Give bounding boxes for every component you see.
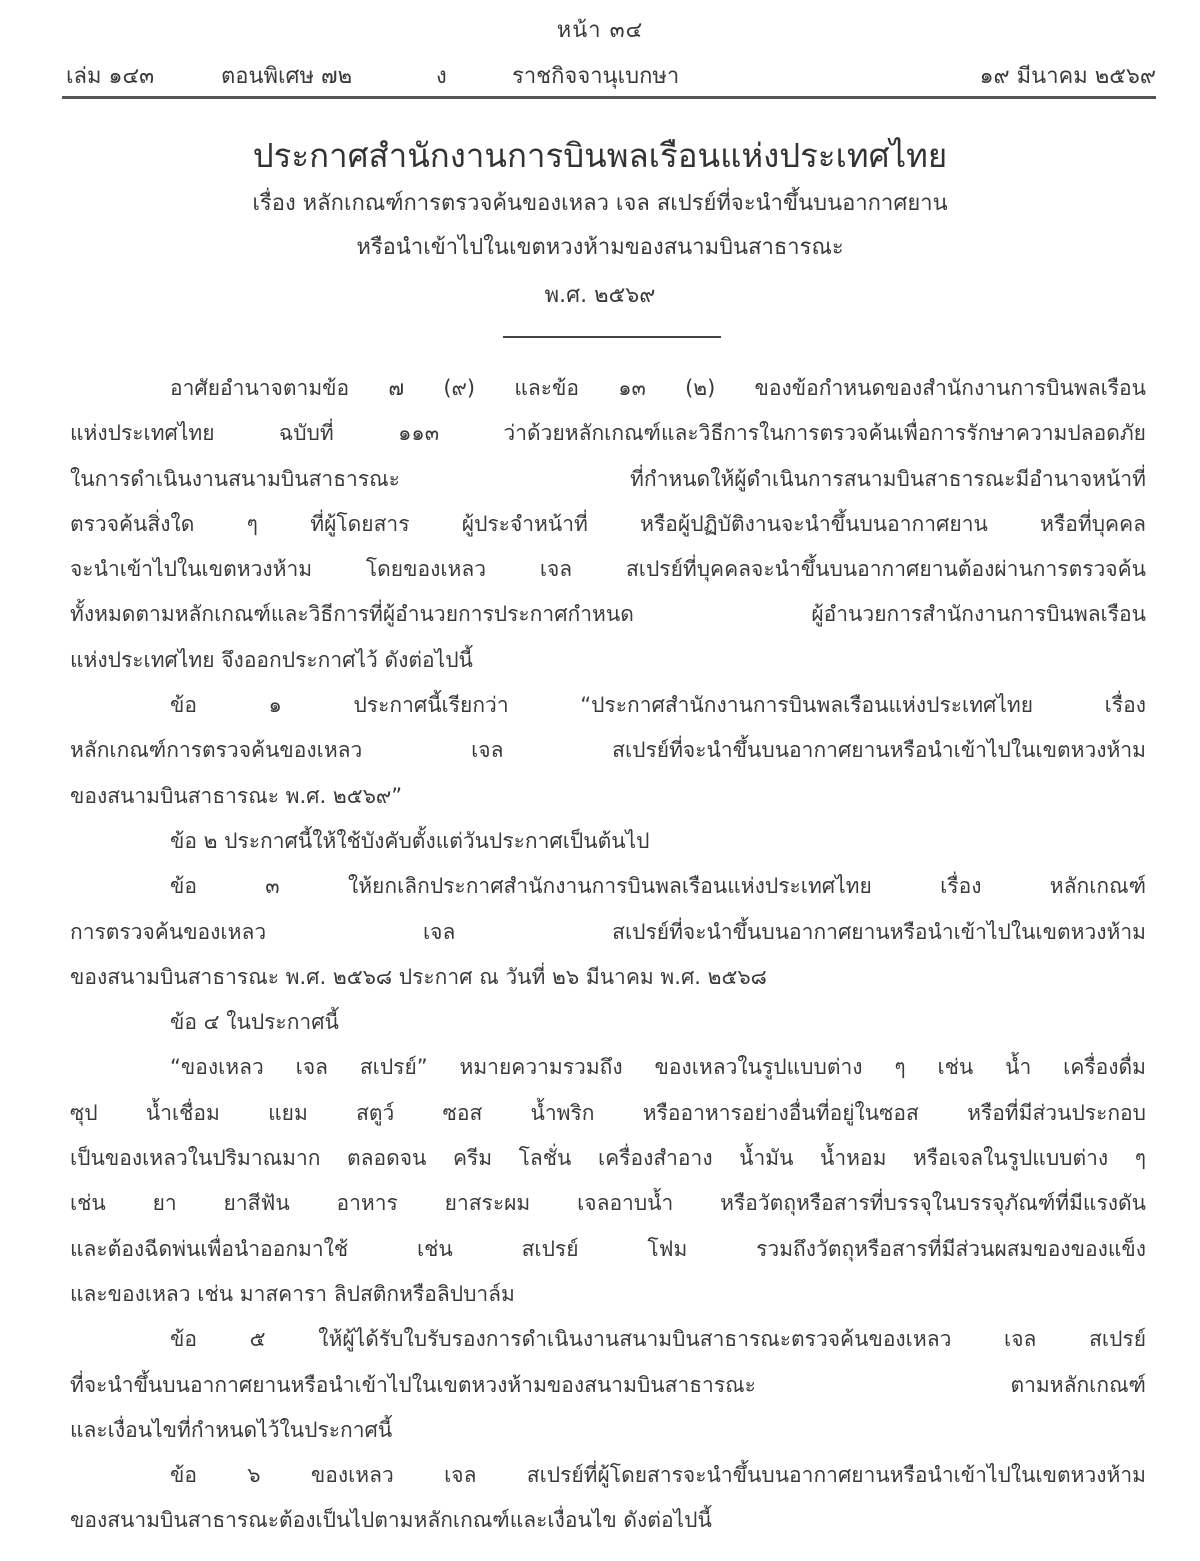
gazette-part: ง bbox=[436, 58, 447, 93]
body-line: และต้องฉีดพ่นเพื่อนำออกมาใช้ เช่น สเปรย์… bbox=[70, 1227, 1146, 1272]
announcement-body: อาศัยอำนาจตามข้อ ๗ (๙) และข้อ ๑๓ (๒) ของ… bbox=[70, 366, 1146, 1544]
body-line: ในการดำเนินงานสนามบินสาธารณะ ที่กำหนดให้… bbox=[70, 457, 1146, 502]
announcement-year: พ.ศ. ๒๕๖๙ bbox=[0, 274, 1200, 318]
title-divider bbox=[503, 336, 721, 338]
body-line: แห่งประเทศไทย ฉบับที่ ๑๑๓ ว่าด้วยหลักเกณ… bbox=[70, 411, 1146, 456]
body-line: เป็นของเหลวในปริมาณมาก ตลอดจน ครีม โลชั่… bbox=[70, 1136, 1146, 1181]
gazette-header: เล่ม ๑๔๓ ตอนพิเศษ ๗๒ ง ราชกิจจานุเบกษา ๑… bbox=[66, 58, 1156, 92]
page-number: หน้า ๓๔ bbox=[0, 12, 1200, 47]
body-line: ทั้งหมดตามหลักเกณฑ์และวิธีการที่ผู้อำนวย… bbox=[70, 592, 1146, 637]
announcement-subject-line-2: หรือนำเข้าไปในเขตหวงห้ามของสนามบินสาธารณ… bbox=[0, 226, 1200, 270]
body-line: อาศัยอำนาจตามข้อ ๗ (๙) และข้อ ๑๓ (๒) ของ… bbox=[70, 366, 1146, 411]
gazette-publication: ราชกิจจานุเบกษา bbox=[512, 58, 679, 93]
header-divider bbox=[62, 96, 1156, 99]
body-line: ข้อ ๓ ให้ยกเลิกประกาศสำนักงานการบินพลเรื… bbox=[70, 864, 1146, 909]
announcement-subject-line-1: เรื่อง หลักเกณฑ์การตรวจค้นของเหลว เจล สเ… bbox=[0, 182, 1200, 226]
body-line: ข้อ ๖ ของเหลว เจล สเปรย์ที่ผู้โดยสารจะนำ… bbox=[70, 1453, 1146, 1498]
body-line: และของเหลว เช่น มาสคารา ลิปสติกหรือลิปบา… bbox=[70, 1272, 1146, 1317]
body-line: จะนำเข้าไปในเขตหวงห้าม โดยของเหลว เจล สเ… bbox=[70, 547, 1146, 592]
body-line: ของสนามบินสาธารณะต้องเป็นไปตามหลักเกณฑ์แ… bbox=[70, 1498, 1146, 1543]
body-line: ซุป น้ำเชื่อม แยม สตูว์ ซอส น้ำพริก หรือ… bbox=[70, 1091, 1146, 1136]
body-line: ตรวจค้นสิ่งใด ๆ ที่ผู้โดยสาร ผู้ประจำหน้… bbox=[70, 502, 1146, 547]
body-line: ข้อ ๔ ในประกาศนี้ bbox=[70, 1000, 1146, 1045]
announcement-title: ประกาศสำนักงานการบินพลเรือนแห่งประเทศไทย bbox=[0, 130, 1200, 182]
body-line: ข้อ ๕ ให้ผู้ได้รับใบรับรองการดำเนินงานสน… bbox=[70, 1317, 1146, 1362]
body-line: ข้อ ๑ ประกาศนี้เรียกว่า “ประกาศสำนักงานก… bbox=[70, 683, 1146, 728]
body-line: ของสนามบินสาธารณะ พ.ศ. ๒๕๖๙” bbox=[70, 774, 1146, 819]
body-line: ข้อ ๒ ประกาศนี้ให้ใช้บังคับตั้งแต่วันประ… bbox=[70, 819, 1146, 864]
body-line: หลักเกณฑ์การตรวจค้นของเหลว เจล สเปรย์ที่… bbox=[70, 728, 1146, 773]
body-line: การตรวจค้นของเหลว เจล สเปรย์ที่จะนำขึ้นบ… bbox=[70, 910, 1146, 955]
body-line: ที่จะนำขึ้นบนอากาศยานหรือนำเข้าไปในเขตหว… bbox=[70, 1363, 1146, 1408]
body-line: และเงื่อนไขที่กำหนดไว้ในประกาศนี้ bbox=[70, 1408, 1146, 1453]
body-line: “ของเหลว เจล สเปรย์” หมายความรวมถึง ของเ… bbox=[70, 1045, 1146, 1090]
body-line: เช่น ยา ยาสีฟัน อาหาร ยาสระผม เจลอาบน้ำ … bbox=[70, 1181, 1146, 1226]
body-line: แห่งประเทศไทย จึงออกประกาศไว้ ดังต่อไปนี… bbox=[70, 638, 1146, 683]
gazette-section: ตอนพิเศษ ๗๒ bbox=[221, 58, 352, 93]
gazette-volume: เล่ม ๑๔๓ bbox=[66, 58, 154, 93]
body-line: ของสนามบินสาธารณะ พ.ศ. ๒๕๖๘ ประกาศ ณ วัน… bbox=[70, 955, 1146, 1000]
gazette-date: ๑๙ มีนาคม ๒๕๖๙ bbox=[980, 58, 1156, 93]
announcement-title-block: ประกาศสำนักงานการบินพลเรือนแห่งประเทศไทย… bbox=[0, 130, 1200, 318]
gazette-page: หน้า ๓๔ เล่ม ๑๔๓ ตอนพิเศษ ๗๒ ง ราชกิจจาน… bbox=[0, 0, 1200, 1561]
